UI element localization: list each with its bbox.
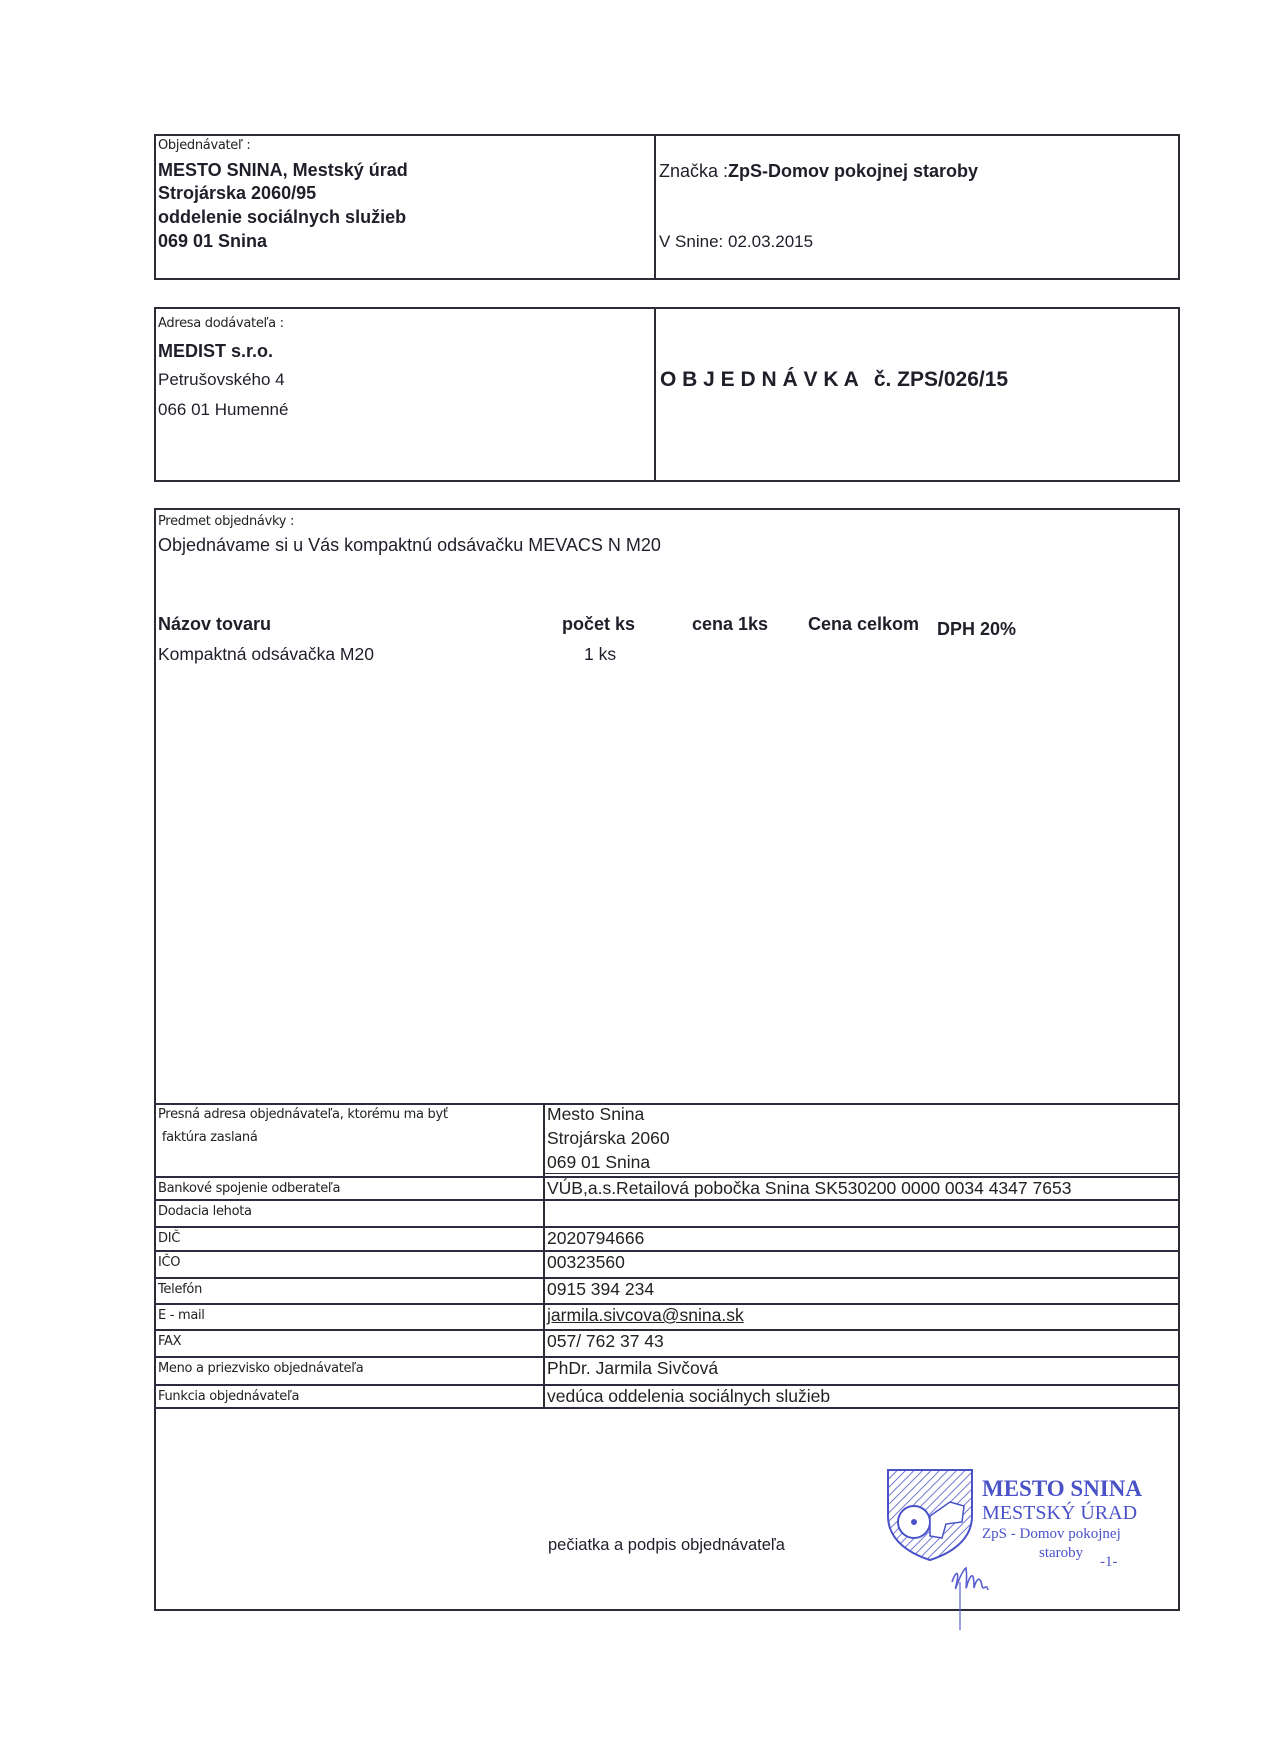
email-link[interactable]: jarmila.sivcova@snina.sk bbox=[547, 1305, 744, 1326]
supplier-street: Petrušovského 4 bbox=[158, 370, 285, 390]
info-row: FAX057/ 762 37 43 bbox=[154, 1330, 1180, 1357]
supplier-name: MEDIST s.r.o. bbox=[158, 341, 273, 362]
orderer-street: Strojárska 2060/95 bbox=[158, 183, 316, 204]
item-qty: 1 ks bbox=[584, 644, 616, 665]
info-label: Presná adresa objednávateľa, ktorému ma … bbox=[158, 1107, 448, 1122]
stamp-line3: ZpS - Domov pokojnej bbox=[982, 1526, 1121, 1543]
reference-value: ZpS-Domov pokojnej staroby bbox=[728, 161, 978, 181]
stamp-line2: MESTSKÝ ÚRAD bbox=[982, 1502, 1137, 1525]
info-value: 2020794666 bbox=[547, 1228, 644, 1249]
info-value: 057/ 762 37 43 bbox=[547, 1331, 664, 1352]
stamp-line4: staroby bbox=[1039, 1545, 1083, 1562]
row-divider bbox=[154, 1277, 1180, 1279]
order-body-section bbox=[154, 508, 1180, 1611]
coat-of-arms-icon bbox=[884, 1466, 976, 1562]
supplier-city: 066 01 Humenné bbox=[158, 400, 288, 420]
orderer-name: MESTO SNINA, Mestský úrad bbox=[158, 160, 408, 181]
info-value-cont: Strojárska 2060 bbox=[547, 1128, 670, 1149]
info-label: Bankové spojenie odberateľa bbox=[158, 1181, 340, 1196]
info-row: Telefón0915 394 234 bbox=[154, 1278, 1180, 1304]
info-label: IČO bbox=[158, 1255, 180, 1270]
info-value: 0915 394 234 bbox=[547, 1279, 654, 1300]
item-name: Kompaktná odsávačka M20 bbox=[158, 644, 374, 665]
items-header-unit-price: cena 1ks bbox=[692, 614, 768, 635]
order-number: č. ZPS/026/15 bbox=[874, 368, 1008, 391]
info-label: Telefón bbox=[158, 1282, 202, 1297]
info-value: 00323560 bbox=[547, 1252, 625, 1273]
official-stamp: MESTO SNINA MESTSKÝ ÚRAD ZpS - Domov pok… bbox=[884, 1466, 1164, 1616]
info-row: Presná adresa objednávateľa, ktorému ma … bbox=[154, 1103, 1180, 1177]
info-row: Bankové spojenie odberateľaVÚB,a.s.Retai… bbox=[154, 1177, 1180, 1200]
info-row: E - mailjarmila.sivcova@snina.sk bbox=[154, 1304, 1180, 1330]
divider bbox=[654, 134, 656, 280]
supplier-label: Adresa dodávateľa : bbox=[158, 316, 284, 331]
info-label: FAX bbox=[158, 1334, 181, 1349]
items-header-total: Cena celkom bbox=[808, 614, 919, 635]
info-value: Mesto Snina bbox=[547, 1104, 644, 1125]
orderer-city: 069 01 Snina bbox=[158, 231, 267, 252]
items-header-name: Názov tovaru bbox=[158, 614, 271, 635]
reference-label: Značka : bbox=[659, 161, 728, 181]
info-label: E - mail bbox=[158, 1308, 205, 1323]
info-row: Meno a priezvisko objednávateľaPhDr. Jar… bbox=[154, 1357, 1180, 1385]
info-value: vedúca oddelenia sociálnych služieb bbox=[547, 1386, 830, 1407]
reference: Značka :ZpS-Domov pokojnej staroby bbox=[659, 161, 978, 182]
divider bbox=[654, 307, 656, 482]
info-label: Dodacia lehota bbox=[158, 1204, 252, 1219]
row-divider bbox=[154, 1199, 1180, 1201]
info-row: Dodacia lehota bbox=[154, 1200, 1180, 1227]
signature-area-top bbox=[154, 1407, 1180, 1409]
info-label: DIČ bbox=[158, 1231, 180, 1246]
value-underline bbox=[544, 1173, 1180, 1174]
stamp-number: -1- bbox=[1100, 1554, 1118, 1571]
signature-scribble-icon bbox=[942, 1552, 1012, 1632]
items-header-qty: počet ks bbox=[562, 614, 635, 635]
info-row: Funkcia objednávateľavedúca oddelenia so… bbox=[154, 1385, 1180, 1407]
subject-text: Objednávame si u Vás kompaktnú odsávačku… bbox=[158, 535, 661, 556]
row-divider bbox=[154, 1226, 1180, 1228]
order-date: V Snine: 02.03.2015 bbox=[659, 232, 813, 252]
info-row: IČO00323560 bbox=[154, 1251, 1180, 1278]
order-title-word: O B J E D N Á V K A bbox=[660, 368, 858, 391]
signature-label: pečiatka a podpis objednávateľa bbox=[548, 1536, 785, 1555]
items-header-vat: DPH 20% bbox=[937, 619, 1016, 640]
info-value-cont: 069 01 Snina bbox=[547, 1152, 650, 1173]
orderer-department: oddelenie sociálnych služieb bbox=[158, 207, 406, 228]
row-divider bbox=[154, 1250, 1180, 1252]
info-row: DIČ2020794666 bbox=[154, 1227, 1180, 1251]
info-value: PhDr. Jarmila Sivčová bbox=[547, 1358, 718, 1379]
row-divider bbox=[154, 1329, 1180, 1331]
info-label: Meno a priezvisko objednávateľa bbox=[158, 1361, 363, 1376]
orderer-label: Objednávateľ : bbox=[158, 138, 251, 153]
info-value: VÚB,a.s.Retailová pobočka Snina SK530200… bbox=[547, 1178, 1071, 1199]
subject-label: Predmet objednávky : bbox=[158, 514, 294, 529]
stamp-line1: MESTO SNINA bbox=[982, 1476, 1142, 1502]
order-title: O B J E D N Á V K A č. ZPS/026/15 bbox=[660, 368, 1008, 392]
supplier-section bbox=[154, 307, 1180, 482]
info-label-cont: faktúra zaslaná bbox=[158, 1130, 258, 1145]
info-label: Funkcia objednávateľa bbox=[158, 1389, 299, 1404]
